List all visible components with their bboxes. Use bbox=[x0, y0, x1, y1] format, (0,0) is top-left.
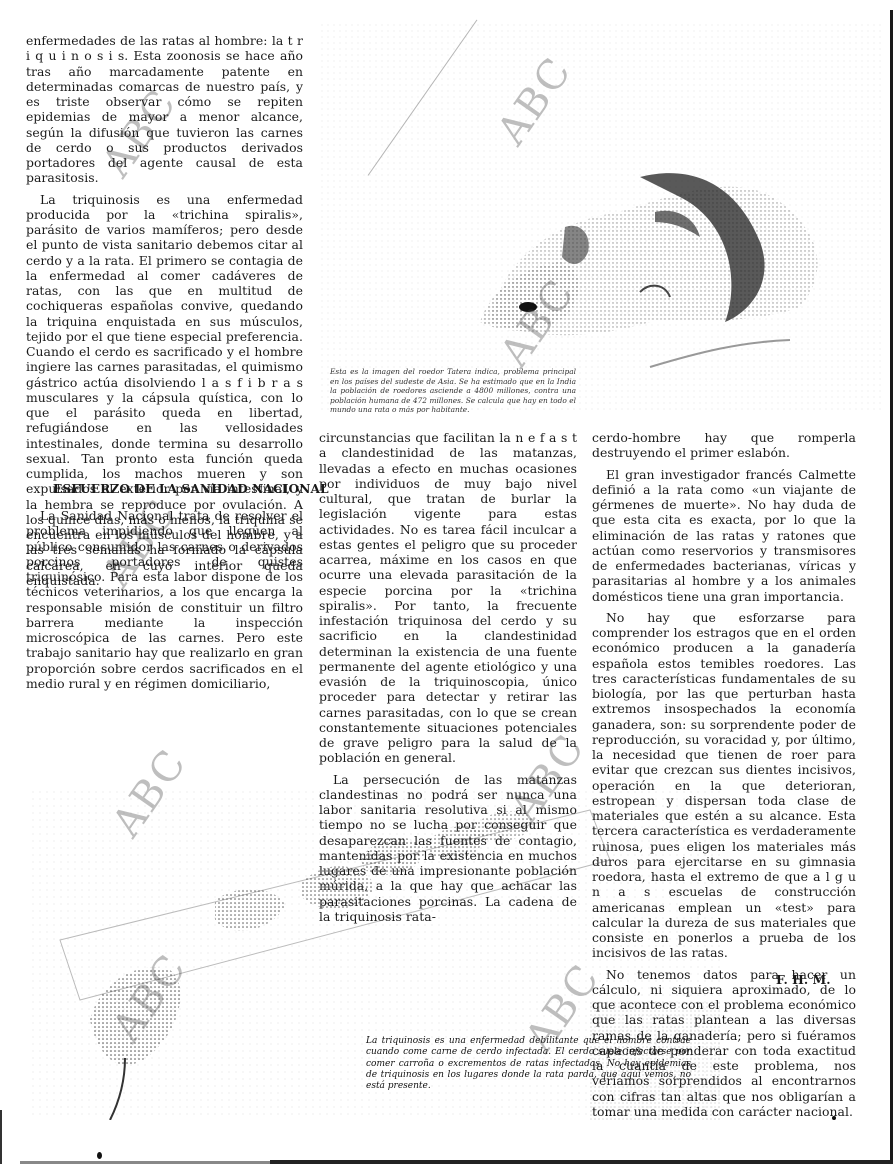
ink-speck bbox=[97, 1152, 102, 1159]
article-column-1: enfermedades de las ratas al hombre: la … bbox=[26, 33, 303, 588]
paragraph: enfermedades de las ratas al hombre: la … bbox=[26, 33, 303, 186]
author-signature: F. H. M. bbox=[776, 972, 831, 987]
paragraph: La Sanidad Nacional trata de resolver el… bbox=[26, 508, 303, 691]
paragraph: El gran investigador francés Calmette de… bbox=[592, 467, 856, 604]
newspaper-page: Esta es la imagen del roedor Tatera indi… bbox=[0, 0, 893, 1164]
paragraph: No tenemos datos para hacer un cálculo, … bbox=[592, 967, 856, 1120]
paragraph: No hay que esforzarse para comprender lo… bbox=[592, 610, 856, 961]
article-column-1-section: La Sanidad Nacional trata de resolver el… bbox=[26, 508, 303, 691]
article-column-2: circunstancias que facilitan la n e f a … bbox=[319, 430, 577, 924]
ink-speck bbox=[832, 1116, 836, 1120]
paragraph: La persecución de las matanzas clandesti… bbox=[319, 772, 577, 925]
paragraph: cerdo-hombre hay que romperla destruyend… bbox=[592, 430, 856, 461]
top-rat-illustration bbox=[320, 22, 885, 412]
paragraph: circunstancias que facilitan la n e f a … bbox=[319, 430, 577, 766]
article-column-3: cerdo-hombre hay que romperla destruyend… bbox=[592, 430, 856, 1119]
top-illustration-caption: Esta es la imagen del roedor Tatera indi… bbox=[330, 367, 576, 415]
section-heading: ESFUERZO DE LA SANIDAD NACIONAL bbox=[53, 482, 303, 496]
page-border-left bbox=[0, 1110, 2, 1164]
rat-drawing-icon bbox=[320, 22, 885, 412]
page-border-bottom bbox=[270, 1160, 893, 1164]
